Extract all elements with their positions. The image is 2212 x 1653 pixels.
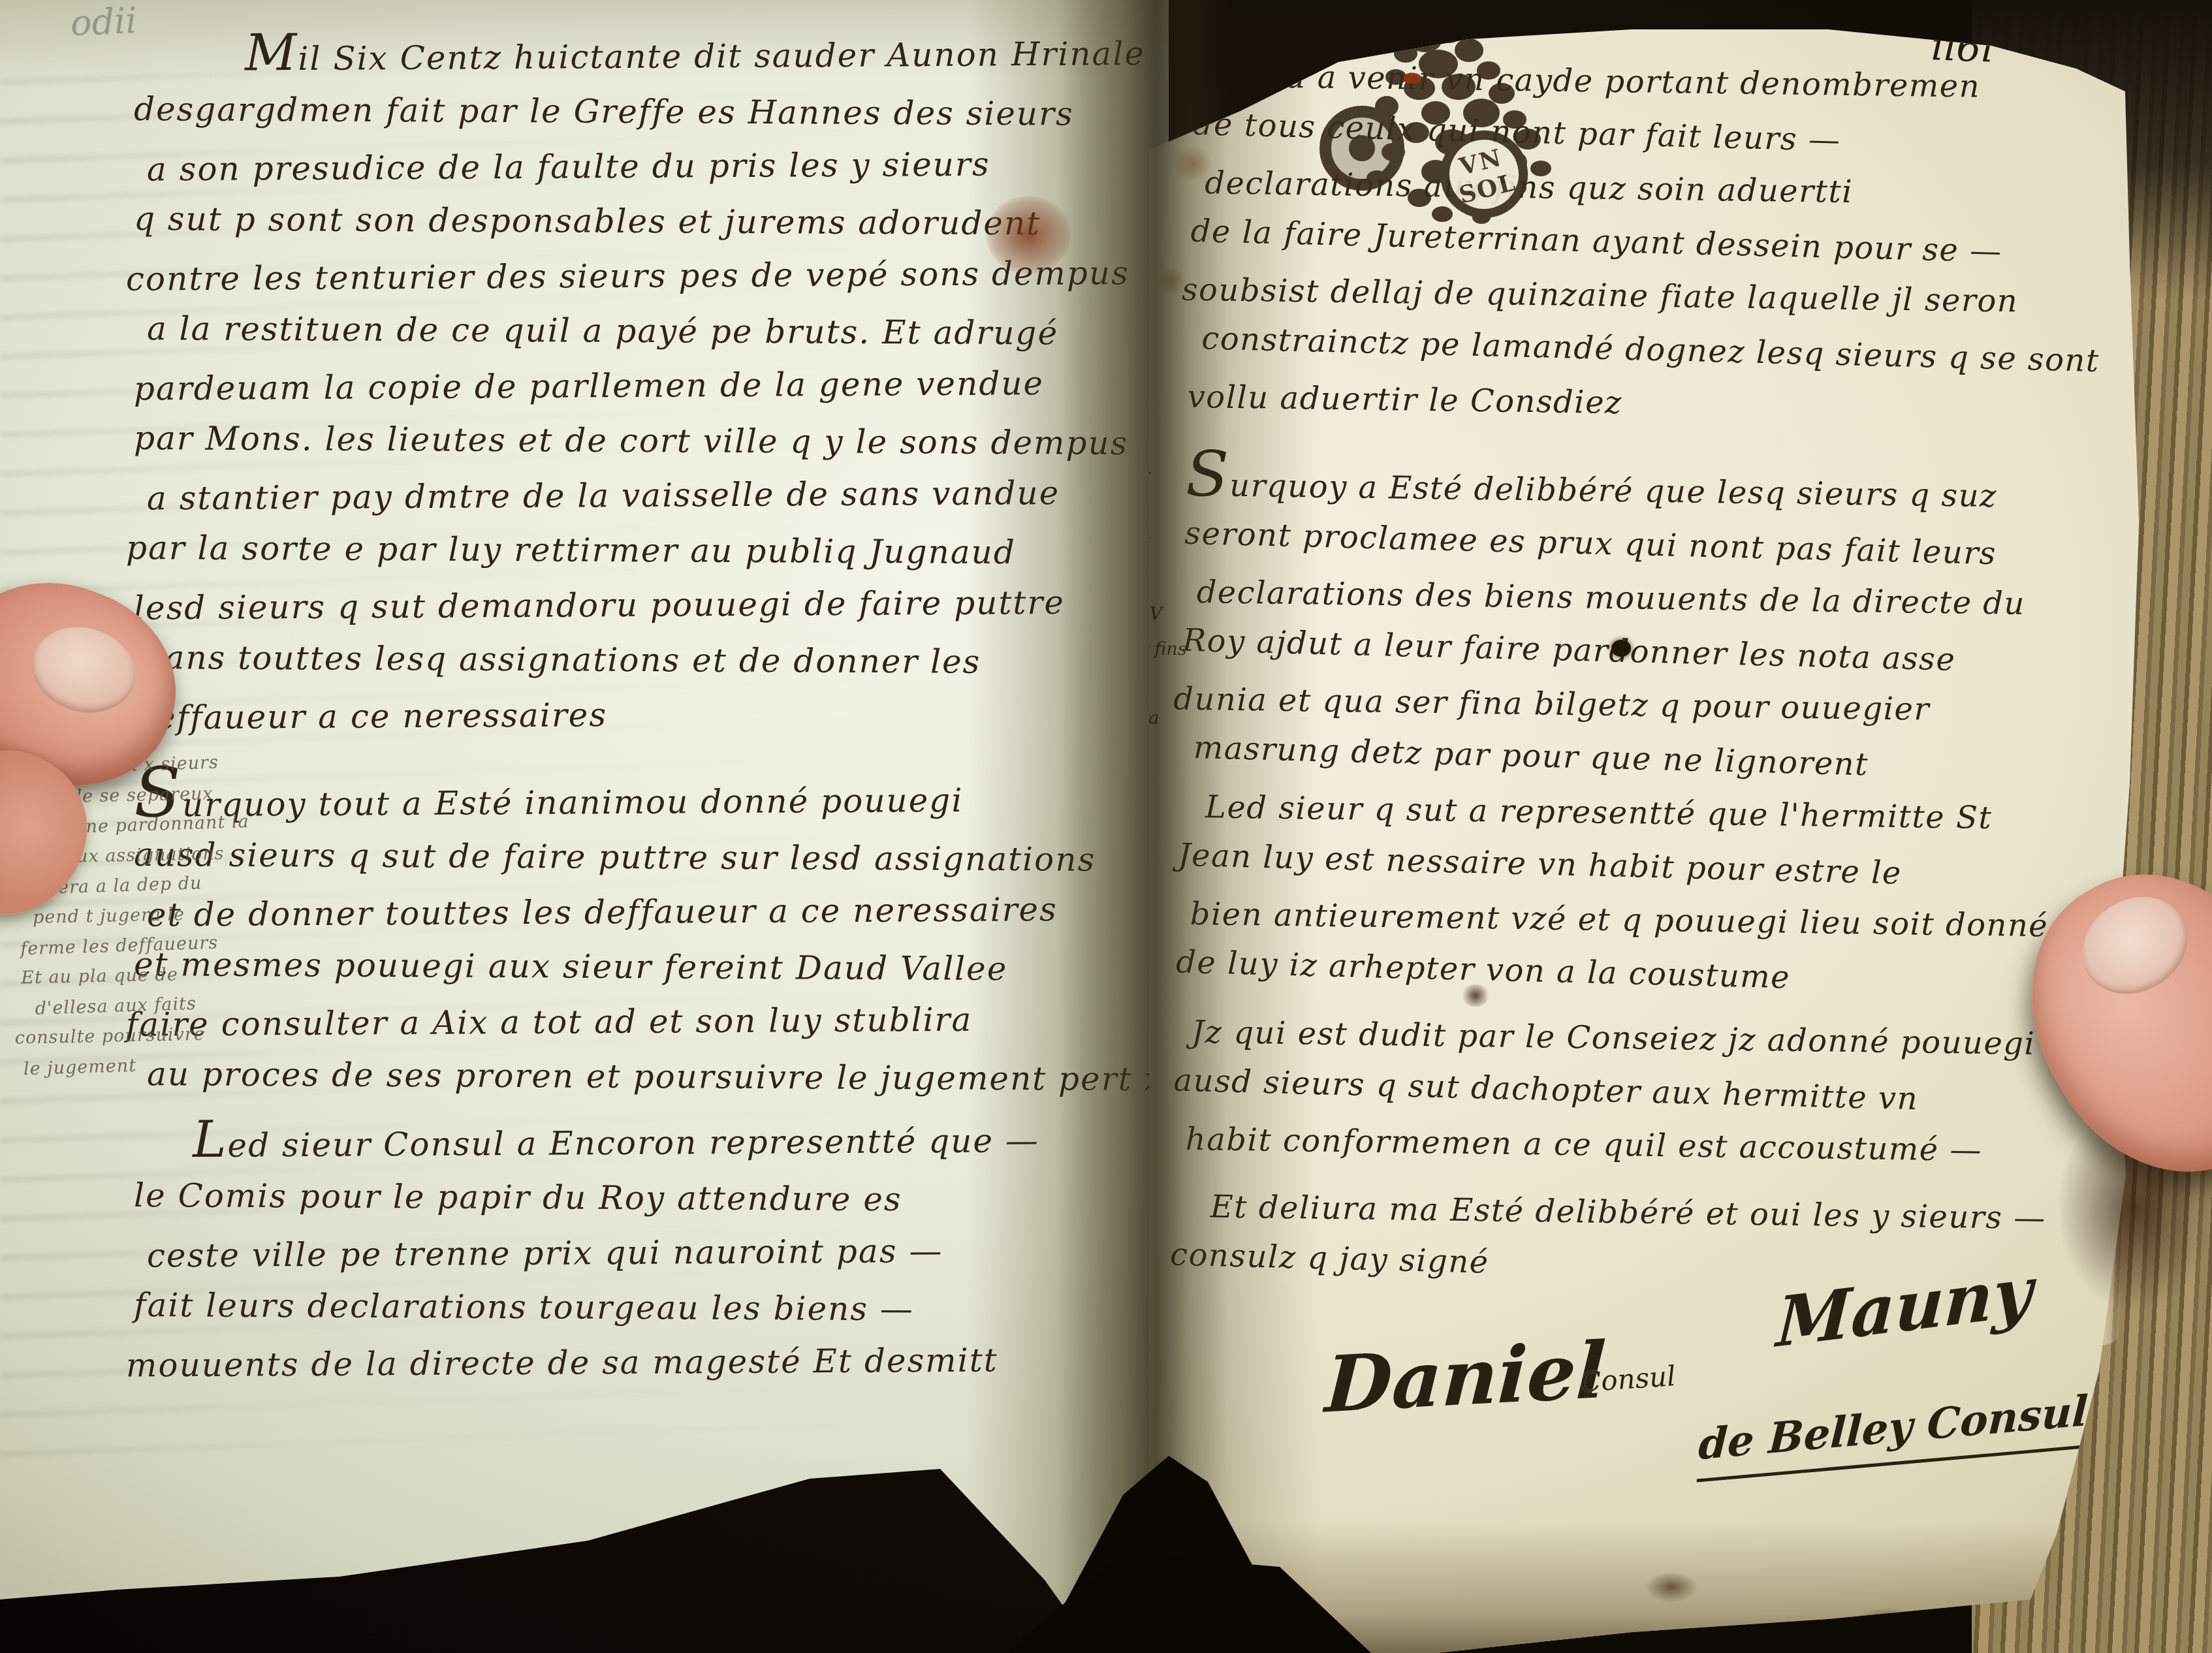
small-red-mark — [1404, 73, 1421, 84]
handwritten-line: pend t jugera le — [33, 898, 236, 932]
handwritten-line: a stantier pay dmtre de la vaisselle de … — [147, 465, 1113, 526]
handwritten-line: fait leurs declarations tourgeau les bie… — [134, 1278, 1113, 1338]
handwritten-line: par la sorte e par luy rettirmer au publ… — [126, 520, 1113, 580]
right-page-paragraph-4: Jz qui est dudit par le Conseiez jz adon… — [1172, 1002, 2102, 1181]
handwritten-line: Led sieur Consul a Encoron representté q… — [134, 1107, 1114, 1173]
left-page-paragraph-2: Surquoy tout a Esté inanimou donné pouue… — [134, 763, 1113, 1104]
handwritten-line: le Comis pour le papir du Roy attendure … — [134, 1168, 1113, 1228]
handwritten-line: a son presudice de la faulte du pris les… — [147, 136, 1113, 197]
handwritten-line: ceste ville pe trenne prix qui nauroint … — [147, 1222, 1113, 1283]
handwritten-line: et mesmes pouuegi aux sieur fereint Daud… — [134, 937, 1113, 997]
handwritten-line: et de donner touttes les deffaueur a ce … — [147, 881, 1113, 942]
handwritten-line: le jugement — [23, 1048, 239, 1085]
handwritten-line: Surquoy tout a Esté inanimou donné pouue… — [134, 759, 1114, 832]
handwritten-line: a la restituen de ce quil a payé pe brut… — [147, 301, 1113, 361]
handwritten-line: Mil Six Centz huictante dit sauder Aunon… — [134, 20, 1114, 87]
handwritten-line: mouuents de la directe de sa magesté Et … — [126, 1332, 1113, 1393]
handwritten-line: au proces de ses proren et poursuivre le… — [147, 1047, 1113, 1107]
handwritten-line: deffaueur a ce neressaires — [134, 684, 1113, 745]
right-page-paragraph-2: Surquoy a Esté delibbéré que lesq sieurs… — [1180, 444, 2113, 795]
handwritten-line: q sut p sont son desponsables et jurems … — [134, 191, 1113, 251]
handwritten-line: ausd sieurs q sut de faire puttre sur le… — [134, 827, 1113, 887]
left-page-paragraph-1: Mil Six Centz huictante dit sauder Aunon… — [134, 24, 1113, 742]
handwritten-line: d'ellesa aux faits — [35, 988, 238, 1024]
right-page-paragraph-3: Led sieur q sut a representté que l'herm… — [1175, 777, 2106, 1009]
handwritten-line: sans touttes lesq assignations et de don… — [147, 630, 1113, 690]
signature-daniel-title: Consul — [1579, 1360, 1677, 1398]
bottom-stain-1 — [1645, 1572, 1698, 1602]
handwritten-line: lesd sieurs q sut demandoru pouuegi de f… — [134, 575, 1113, 635]
handwritten-line: desgargdmen fait par le Greffe es Hannes… — [134, 82, 1113, 142]
ink-hole — [1611, 640, 1631, 657]
book-gutter-shadow — [1058, 0, 1227, 1653]
ink-blot — [1461, 984, 1490, 1007]
handwritten-line: faire consulter a Aix a tot ad et son lu… — [126, 991, 1113, 1052]
handwritten-line: pardeuam la copie de parllemen de la gen… — [134, 355, 1113, 416]
open-manuscript-book-photo: odii Mil Six Centz huictante dit sauder … — [0, 0, 2212, 1653]
page-number-showthrough: odii — [70, 0, 138, 44]
handwritten-line: par Mons. les lieutes et de cort ville q… — [134, 411, 1113, 471]
stamp-left-medallion-core — [1349, 135, 1375, 161]
signature-daniel: Daniel — [1323, 1324, 1608, 1430]
left-page-paragraph-3: Led sieur Consul a Encoron representté q… — [134, 1110, 1113, 1390]
handwritten-line: contre les tenturier des sieurs pes de v… — [126, 245, 1113, 306]
